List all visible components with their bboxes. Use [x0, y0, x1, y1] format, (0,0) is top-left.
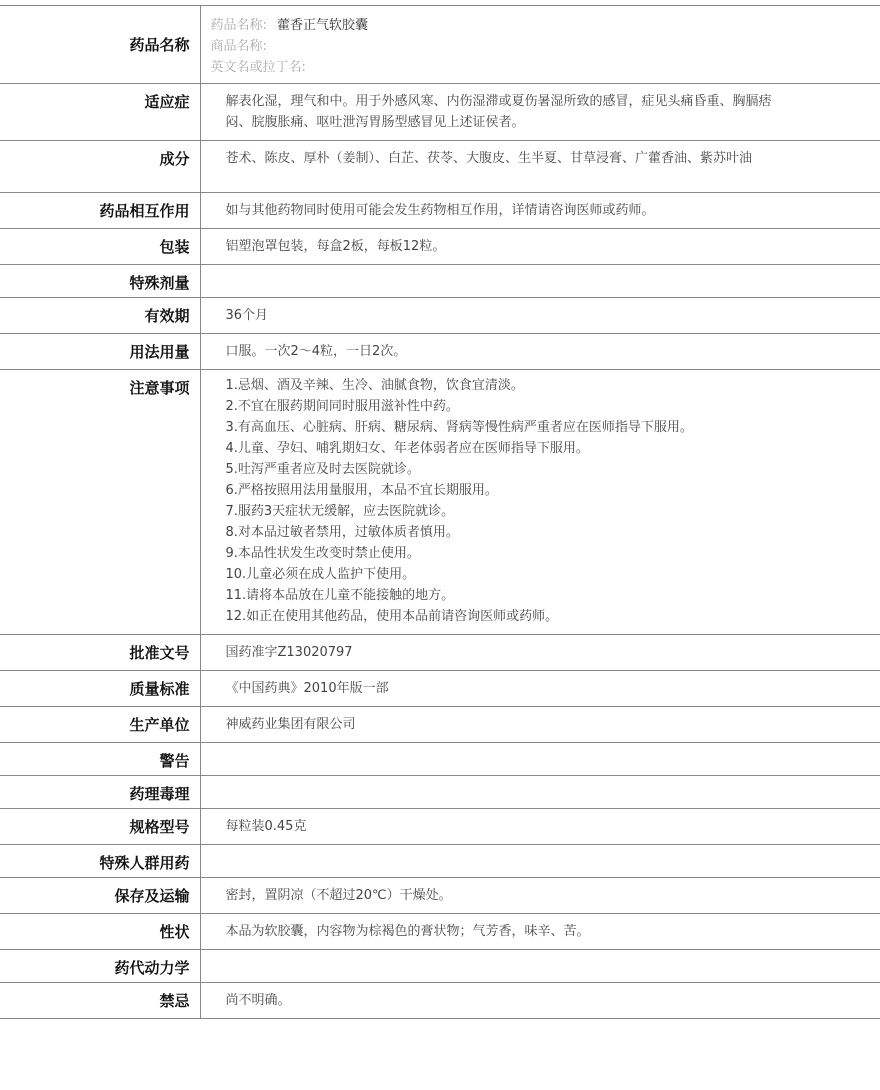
generic-name-value: 藿香正气软胶囊: [277, 18, 368, 33]
row-value: [200, 950, 880, 983]
row-value: 如与其他药物同时使用可能会发生药物相互作用，详情请咨询医师或药师。: [200, 193, 880, 229]
drug-name-cell: 药品名称: 藿香正气软胶囊 商品名称: 英文名或拉丁名:: [200, 6, 880, 84]
list-item: 3.有高血压、心脏病、肝病、糖尿病、肾病等慢性病严重者应在医师指导下服用。: [226, 417, 791, 438]
row-label: 成分: [0, 141, 200, 193]
row-value: 尚不明确。: [200, 983, 880, 1019]
row-value: [200, 743, 880, 776]
row-label: 生产单位: [0, 707, 200, 743]
table-row: 生产单位 神威药业集团有限公司: [0, 707, 880, 743]
list-item: 7.服药3天症状无缓解，应去医院就诊。: [226, 501, 791, 522]
row-label: 质量标准: [0, 671, 200, 707]
drug-info-page: 药品名称 药品名称: 藿香正气软胶囊 商品名称: 英文名或拉丁名: 适应症 解表…: [0, 0, 880, 1019]
row-value: 每粒装0.45克: [200, 809, 880, 845]
drug-info-table: 药品名称 药品名称: 藿香正气软胶囊 商品名称: 英文名或拉丁名: 适应症 解表…: [0, 5, 880, 1019]
row-value: 36个月: [200, 298, 880, 334]
table-row: 规格型号 每粒装0.45克: [0, 809, 880, 845]
generic-name-line: 药品名称: 藿香正气软胶囊: [211, 15, 871, 36]
row-value: 铝塑泡罩包装，每盒2板，每板12粒。: [200, 229, 880, 265]
table-row: 特殊人群用药: [0, 845, 880, 878]
table-row: 有效期 36个月: [0, 298, 880, 334]
row-value: 密封，置阴凉（不超过20℃）干燥处。: [200, 878, 880, 914]
row-label: 性状: [0, 914, 200, 950]
row-value: 口服。一次2～4粒，一日2次。: [200, 334, 880, 370]
precautions-list: 1.忌烟、酒及辛辣、生冷、油腻食物，饮食宜清淡。 2.不宜在服药期间同时服用滋补…: [200, 370, 880, 635]
table-row: 用法用量 口服。一次2～4粒，一日2次。: [0, 334, 880, 370]
row-label: 警告: [0, 743, 200, 776]
trade-name-label: 商品名称:: [211, 39, 267, 54]
table-row: 特殊剂量: [0, 265, 880, 298]
english-name-line: 英文名或拉丁名:: [211, 57, 871, 78]
row-label: 特殊人群用药: [0, 845, 200, 878]
table-row: 批准文号 国药准字Z13020797: [0, 635, 880, 671]
list-item: 9.本品性状发生改变时禁止使用。: [226, 543, 791, 564]
row-label: 适应症: [0, 84, 200, 141]
table-row-drug-name: 药品名称 药品名称: 藿香正气软胶囊 商品名称: 英文名或拉丁名:: [0, 6, 880, 84]
table-row: 药品相互作用 如与其他药物同时使用可能会发生药物相互作用，详情请咨询医师或药师。: [0, 193, 880, 229]
english-name-label: 英文名或拉丁名:: [211, 60, 306, 75]
row-label: 包装: [0, 229, 200, 265]
row-label: 禁忌: [0, 983, 200, 1019]
list-item: 2.不宜在服药期间同时服用滋补性中药。: [226, 396, 791, 417]
table-row: 禁忌 尚不明确。: [0, 983, 880, 1019]
row-label: 药理毒理: [0, 776, 200, 809]
table-row: 性状 本品为软胶囊，内容物为棕褐色的膏状物；气芳香，味辛、苦。: [0, 914, 880, 950]
row-label: 有效期: [0, 298, 200, 334]
trade-name-line: 商品名称:: [211, 36, 871, 57]
row-label: 药品名称: [0, 6, 200, 84]
table-row-precautions: 注意事项 1.忌烟、酒及辛辣、生冷、油腻食物，饮食宜清淡。 2.不宜在服药期间同…: [0, 370, 880, 635]
row-label: 药品相互作用: [0, 193, 200, 229]
table-row: 成分 苍术、陈皮、厚朴（姜制）、白芷、茯苓、大腹皮、生半夏、甘草浸膏、广藿香油、…: [0, 141, 880, 193]
row-value: 解表化湿，理气和中。用于外感风寒、内伤湿滞或夏伤暑湿所致的感冒，症见头痛昏重、胸…: [200, 84, 880, 141]
generic-name-label: 药品名称:: [211, 18, 267, 33]
row-label: 药代动力学: [0, 950, 200, 983]
table-row: 质量标准 《中国药典》2010年版一部: [0, 671, 880, 707]
row-value: [200, 265, 880, 298]
row-value: 苍术、陈皮、厚朴（姜制）、白芷、茯苓、大腹皮、生半夏、甘草浸膏、广藿香油、紫苏叶…: [200, 141, 880, 193]
table-row: 包装 铝塑泡罩包装，每盒2板，每板12粒。: [0, 229, 880, 265]
row-value: 国药准字Z13020797: [200, 635, 880, 671]
table-row: 药代动力学: [0, 950, 880, 983]
list-item: 4.儿童、孕妇、哺乳期妇女、年老体弱者应在医师指导下服用。: [226, 438, 791, 459]
row-label: 保存及运输: [0, 878, 200, 914]
row-label: 批准文号: [0, 635, 200, 671]
row-label: 规格型号: [0, 809, 200, 845]
row-value: [200, 845, 880, 878]
row-label: 特殊剂量: [0, 265, 200, 298]
list-item: 5.吐泻严重者应及时去医院就诊。: [226, 459, 791, 480]
row-value: 神威药业集团有限公司: [200, 707, 880, 743]
list-item: 11.请将本品放在儿童不能接触的地方。: [226, 585, 791, 606]
row-value: [200, 776, 880, 809]
table-row: 警告: [0, 743, 880, 776]
list-item: 10.儿童必须在成人监护下使用。: [226, 564, 791, 585]
table-row: 保存及运输 密封，置阴凉（不超过20℃）干燥处。: [0, 878, 880, 914]
table-row: 适应症 解表化湿，理气和中。用于外感风寒、内伤湿滞或夏伤暑湿所致的感冒，症见头痛…: [0, 84, 880, 141]
list-item: 1.忌烟、酒及辛辣、生冷、油腻食物，饮食宜清淡。: [226, 375, 791, 396]
list-item: 12.如正在使用其他药品，使用本品前请咨询医师或药师。: [226, 606, 791, 627]
row-value: 本品为软胶囊，内容物为棕褐色的膏状物；气芳香，味辛、苦。: [200, 914, 880, 950]
row-value: 《中国药典》2010年版一部: [200, 671, 880, 707]
list-item: 8.对本品过敏者禁用，过敏体质者慎用。: [226, 522, 791, 543]
row-label: 注意事项: [0, 370, 200, 635]
table-row: 药理毒理: [0, 776, 880, 809]
list-item: 6.严格按照用法用量服用，本品不宜长期服用。: [226, 480, 791, 501]
row-label: 用法用量: [0, 334, 200, 370]
